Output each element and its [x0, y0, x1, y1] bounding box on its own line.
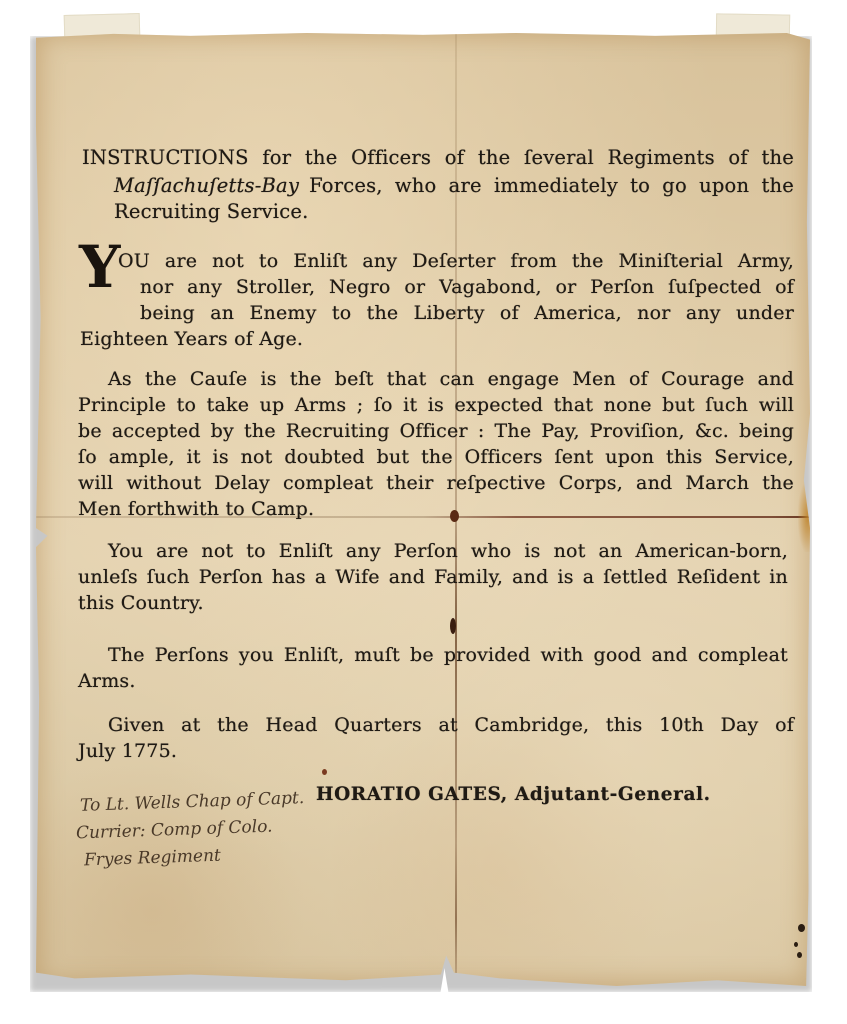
heading-line-3: Recruiting Service. [114, 200, 309, 223]
drop-cap: Y [79, 238, 120, 296]
paragraph-line: The Perſons you Enliſt, muſt be provided… [108, 644, 788, 666]
paragraph-line: Principle to take up Arms ; ſo it is exp… [78, 394, 794, 416]
paragraph-line: Given at the Head Quarters at Cambridge,… [108, 714, 794, 736]
paragraph-line: Arms. [78, 670, 136, 692]
paragraph-line: nor any Stroller, Negro or Vagabond, or … [140, 276, 794, 298]
paragraph-line: Men forthwith to Camp. [78, 498, 314, 520]
paragraph-line: being an Enemy to the Liberty of America… [140, 302, 794, 324]
signature: HORATIO GATES, Adjutant-General. [316, 784, 711, 805]
heading-line-2-text: Forces, who are immediately to go upon t… [309, 174, 794, 197]
paragraph-line: July 1775. [78, 740, 177, 762]
paragraph-line: OU are not to Enliſt any Deſerter from t… [118, 250, 794, 272]
document-body: INSTRUCTIONS for the Officers of the ſev… [36, 32, 810, 986]
paragraph-line: be accepted by the Recruiting Officer : … [78, 420, 794, 442]
paragraph-line: As the Cauſe is the beſt that can engage… [108, 368, 794, 390]
heading-italic-phrase: Maſſachuſetts-Bay [114, 174, 299, 197]
paragraph-line: this Country. [78, 592, 204, 614]
heading-line-1: INSTRUCTIONS for the Officers of the ſev… [82, 146, 794, 169]
paragraph-line: Eighteen Years of Age. [80, 328, 303, 350]
paragraph-line: unleſs ſuch Perſon has a Wife and Family… [78, 566, 788, 588]
paragraph-line: You are not to Enliſt any Perſon who is … [108, 540, 788, 562]
paragraph-line: will without Delay compleat their reſpec… [78, 472, 794, 494]
handwritten-line: To Lt. Wells Chap of Capt. [80, 788, 305, 816]
heading-line-2: Maſſachuſetts-Bay Forces, who are immedi… [114, 174, 794, 197]
handwritten-line: Currier: Comp of Colo. [76, 817, 273, 844]
paragraph-line: ſo ample, it is not doubted but the Offi… [78, 446, 794, 468]
handwritten-line: Fryes Regiment [84, 846, 221, 871]
